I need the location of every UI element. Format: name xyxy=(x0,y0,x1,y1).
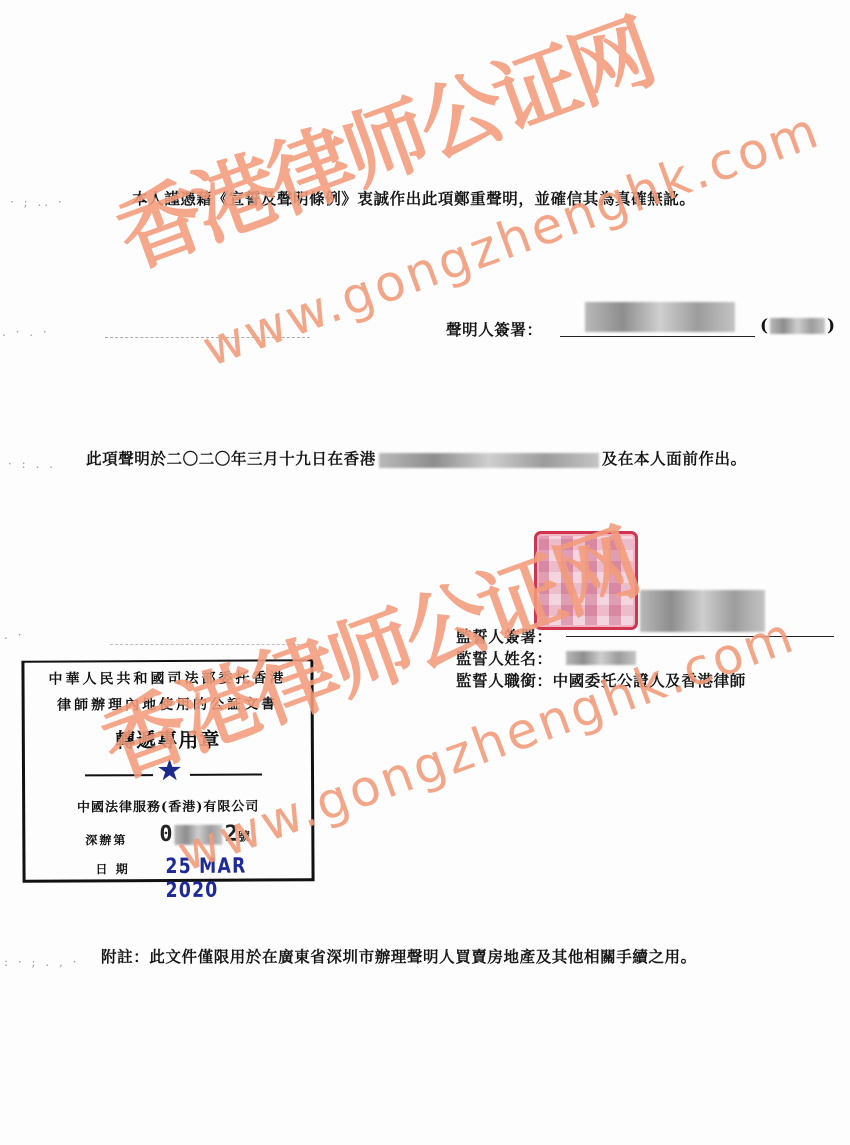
declarant-name-paren-open: ( xyxy=(760,316,769,336)
officer-signature-label: 監誓人簽署： xyxy=(456,625,553,647)
officer-name-label: 監誓人姓名： xyxy=(456,647,553,669)
declarant-signature-line xyxy=(560,336,755,337)
scan-specks: · : . . xyxy=(8,457,56,471)
stamp-number-start: 0 xyxy=(159,822,172,847)
declaration-made-prefix: 此項聲明於二〇二〇年三月十九日在香港 xyxy=(86,449,376,468)
declaration-statement: 本人謹憑藉《宣誓及聲明條例》衷誠作出此項鄭重聲明，並確信其為真確無訛。 xyxy=(132,187,696,209)
declarant-name-paren-close: ) xyxy=(827,316,836,336)
faint-scan-line xyxy=(110,644,310,645)
star-icon: ★ xyxy=(158,758,181,784)
officer-signature-line xyxy=(566,636,834,637)
redacted-location xyxy=(379,453,599,468)
redacted-declarant-name xyxy=(770,318,825,334)
officer-title-line: 監誓人職銜：中國委托公證人及香港律師 xyxy=(456,669,746,691)
scan-specks: . · . · xyxy=(2,325,50,339)
stamp-date: 25 MAR 2020 xyxy=(165,853,285,902)
scanned-document-page: · ; .. · 本人謹憑藉《宣誓及聲明條例》衷誠作出此項鄭重聲明，並確信其為真… xyxy=(0,0,850,1145)
transmittal-stamp: 中華人民共和國司法部委托香港 律師辦理內地使用的公証文書 轉遞專用章 ★ 中國法… xyxy=(21,659,314,883)
declaration-made-suffix: 及在本人面前作出。 xyxy=(602,449,747,468)
stamp-title: 轉遞專用章 xyxy=(25,723,311,753)
stamp-divider-left xyxy=(85,774,153,776)
scan-specks: · ; .. · xyxy=(10,195,65,209)
declaration-made-line: 此項聲明於二〇二〇年三月十九日在香港及在本人面前作出。 xyxy=(86,447,747,469)
stamp-number-suffix: 號 xyxy=(238,830,250,844)
scan-specks: . · xyxy=(4,628,24,642)
redacted-officer-seal xyxy=(534,531,638,630)
stamp-number-label: 深辦第 xyxy=(85,831,127,848)
stamp-line-1: 中華人民共和國司法部委托香港 xyxy=(24,667,310,688)
document-note: 附註：此文件僅限用於在廣東省深圳市辦理聲明人買賣房地產及其他相關手續之用。 xyxy=(101,945,697,967)
stamp-line-2: 律師辦理內地使用的公証文書 xyxy=(25,693,311,714)
watermark-chinese-top: 香港律师公证网 xyxy=(99,0,667,291)
officer-title-value: 中國委托公證人及香港律師 xyxy=(553,671,746,690)
redacted-officer-name xyxy=(566,651,636,665)
stamp-company: 中國法律服務(香港)有限公司 xyxy=(25,795,311,815)
stamp-number: 02號 xyxy=(159,822,250,847)
stamp-date-label: 日 期 xyxy=(95,860,129,877)
stamp-number-end: 2 xyxy=(225,822,238,847)
stamp-divider-right xyxy=(190,774,262,776)
redacted-officer-signature xyxy=(640,590,765,632)
redacted-stamp-number xyxy=(175,825,223,845)
faint-scan-line xyxy=(105,337,310,338)
redacted-declarant-signature xyxy=(585,302,735,332)
officer-title-label: 監誓人職銜： xyxy=(456,671,553,690)
scan-specks: : · ; . , · xyxy=(4,955,79,969)
declarant-signature-label: 聲明人簽署： xyxy=(446,318,543,340)
